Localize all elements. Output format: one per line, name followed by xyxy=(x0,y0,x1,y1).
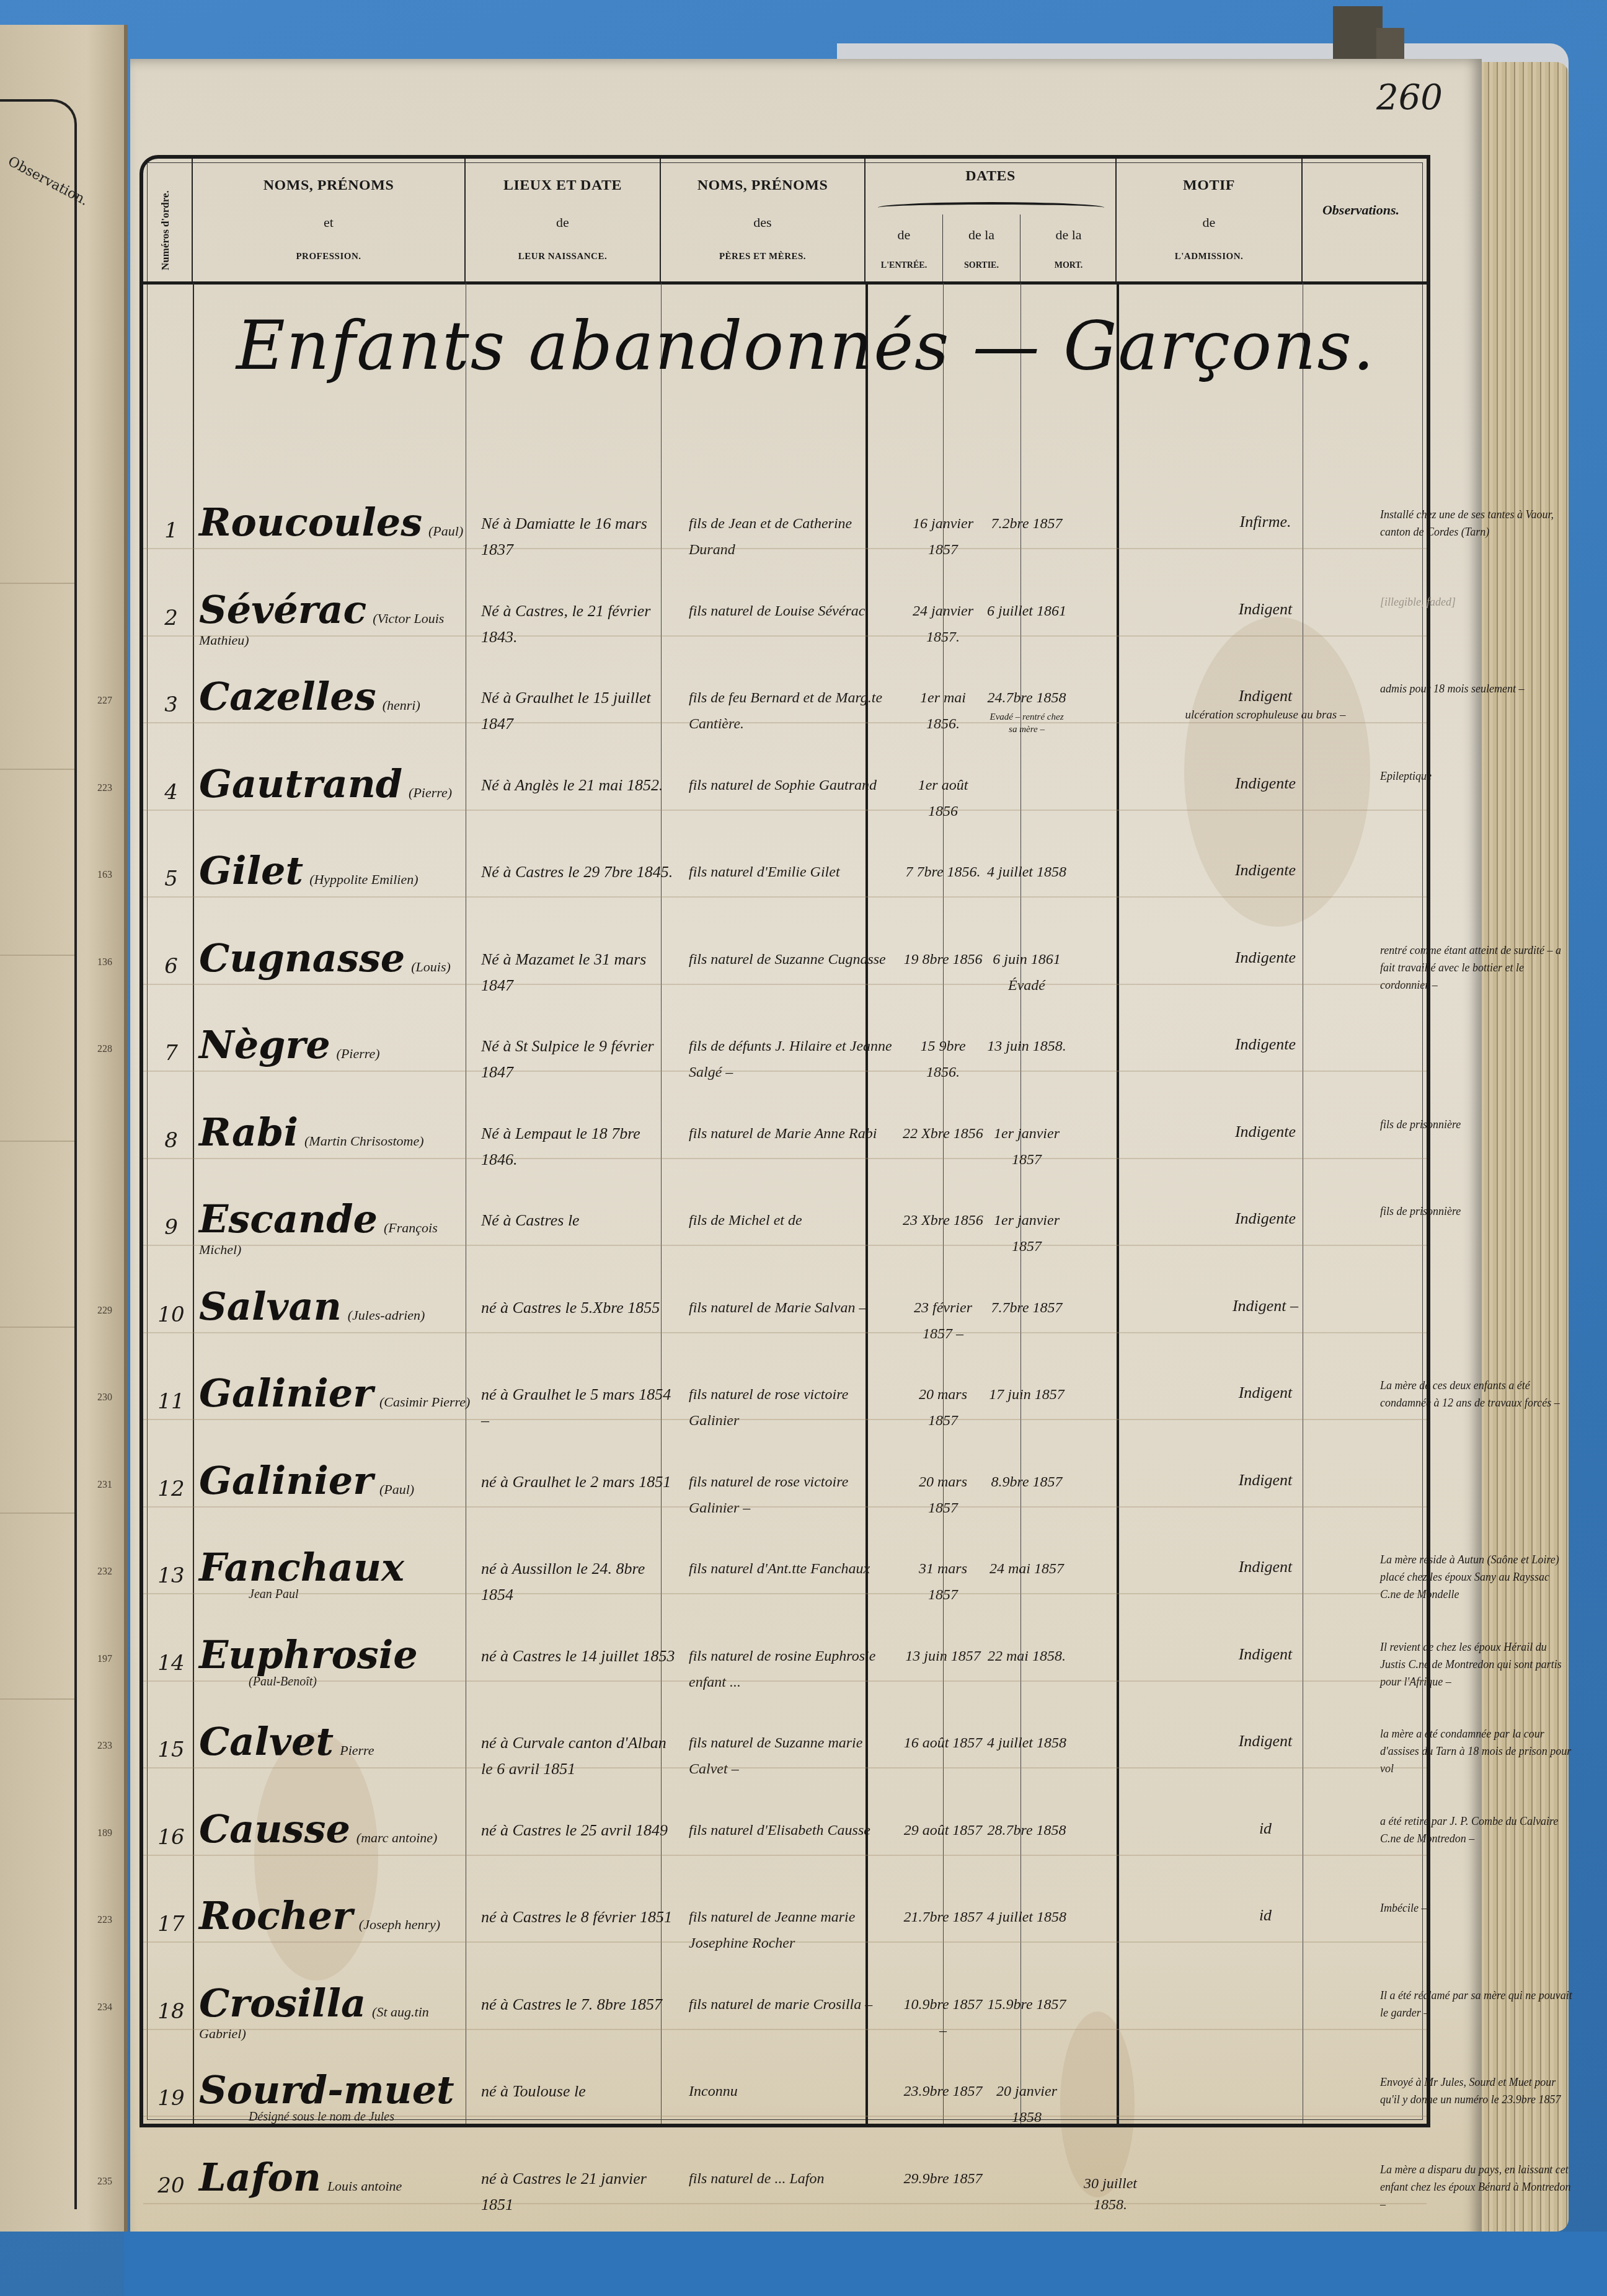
birth-place-date: Né à St Sulpice le 9 février 1847 xyxy=(481,1033,680,1085)
entry-number: 8 xyxy=(149,1128,193,1153)
register-entry-1: 1 Roucoules(Paul) Né à Damiatte le 16 ma… xyxy=(143,493,1427,580)
admission-motive: id xyxy=(1160,1904,1371,1927)
admission-motive: Indigente xyxy=(1160,947,1371,969)
header-observations: Observations. xyxy=(1303,159,1419,283)
entry-number: 11 xyxy=(149,1389,193,1414)
margin-reference: 229 xyxy=(75,1305,112,1317)
birth-place-date: Né à Mazamet le 31 mars 1847 xyxy=(481,947,680,999)
ruled-line xyxy=(143,1071,1427,1072)
surname: Causse xyxy=(199,1806,350,1852)
admission-motive: Indigent xyxy=(1160,1556,1371,1578)
entry-number: 17 xyxy=(149,1912,193,1936)
header-label: PÈRES ET MÈRES. xyxy=(661,252,864,262)
birth-place-date: Né à Castres, le 21 février 1843. xyxy=(481,598,680,650)
entry-number: 7 xyxy=(149,1041,193,1066)
register-entry-5: 163 5 Gilet(Hyppolite Emilien) Né à Cast… xyxy=(143,842,1427,929)
ruled-line xyxy=(0,955,74,956)
parents: fils naturel d'Ant.tte Fanchaux xyxy=(689,1556,893,1582)
parents: fils naturel de rosine Euphrosie enfant … xyxy=(689,1643,893,1695)
parents: fils naturel de marie Crosilla – xyxy=(689,1992,893,2018)
register-entry-8: 8 Rabi(Martin Chrisostome) Né à Lempaut … xyxy=(143,1103,1427,1190)
given-names: (Pierre) xyxy=(409,785,452,800)
observations: Imbécile – xyxy=(1380,1899,1572,1917)
header-sub-death: de la MORT. xyxy=(1020,214,1117,283)
ruled-line xyxy=(143,1855,1427,1856)
header-label: de xyxy=(1117,214,1301,231)
ruled-line xyxy=(143,1419,1427,1420)
entry-number: 6 xyxy=(149,954,193,979)
exit-date-text: 4 juillet 1858 xyxy=(987,1735,1066,1751)
motive-text: Indigente xyxy=(1235,1035,1296,1053)
observations: a été retiré par J. P. Combe du Calvaire… xyxy=(1380,1813,1572,1847)
page-number: 260 xyxy=(1376,77,1443,118)
header-label: DATES xyxy=(865,168,1115,185)
entry-number: 13 xyxy=(149,1563,193,1588)
observations: La mère de ces deux enfants a été condam… xyxy=(1380,1377,1572,1411)
header-birth: LIEUX ET DATE de LEUR NAISSANCE. xyxy=(466,159,661,283)
section-title: Enfants abandonnés — Garçons. xyxy=(236,307,1375,385)
header-label: NOMS, PRÉNOMS xyxy=(661,177,864,194)
given-names: (Casimir Pierre) xyxy=(379,1394,470,1410)
given-names: Pierre xyxy=(340,1742,374,1758)
parents: fils de feu Bernard et de Marg.te Cantiè… xyxy=(689,685,893,737)
given-names: (Paul) xyxy=(379,1481,414,1497)
ruled-line xyxy=(143,2116,1427,2117)
admission-motive: id xyxy=(1160,1817,1371,1840)
entry-number: 12 xyxy=(149,1477,193,1501)
parents: fils naturel de Sophie Gautrand xyxy=(689,772,893,798)
observations: la mère a été condamnée par la cour d'as… xyxy=(1380,1725,1572,1777)
exit-date-text: 1er janvier 1857 xyxy=(994,1212,1060,1255)
register-entry-15: 233 15 CalvetPierre né à Curvale canton … xyxy=(143,1713,1427,1799)
exit-date: 1er janvier 1857 xyxy=(986,1121,1067,1173)
header-label: MOTIF xyxy=(1117,177,1301,194)
entry-number: 1 xyxy=(149,518,193,543)
motive-text: Indigent xyxy=(1239,600,1293,618)
surname: Escande xyxy=(199,1196,378,1242)
admission-motive: Indigent xyxy=(1160,598,1371,620)
ruled-line xyxy=(143,2203,1427,2204)
ruled-line xyxy=(143,984,1427,985)
header-dates: DATES de L'ENTRÉE. de la SORTIE. de la M… xyxy=(865,159,1117,283)
child-name: Cugnasse(Louis) xyxy=(199,935,472,978)
header-label: MORT. xyxy=(1020,261,1117,271)
ruled-line xyxy=(143,2029,1427,2030)
exit-date-text: 13 juin 1858. xyxy=(987,1038,1066,1054)
register-table: Numéros d'ordre. NOMS, PRÉNOMS et PROFES… xyxy=(139,155,1430,2127)
observations: Il a été réclamé par sa mère qui ne pouv… xyxy=(1380,1987,1572,2021)
left-page-frame xyxy=(0,99,77,2209)
parents: fils naturel de rose victoire Galinier – xyxy=(689,1469,893,1521)
parents: fils naturel de Marie Salvan – xyxy=(689,1295,893,1321)
entry-date: 16 janvier 1857 xyxy=(903,511,983,563)
entry-date: 31 mars 1857 xyxy=(903,1556,983,1608)
exit-date: 7.2bre 1857 xyxy=(986,511,1067,537)
admission-motive: Indigent xyxy=(1160,1643,1371,1666)
exit-date: 24.7bre 1858 Evadé – rentré chez sa mère… xyxy=(986,685,1067,736)
margin-reference: 235 xyxy=(75,2176,112,2188)
birth-place-date: né à Castres le 21 janvier 1851 xyxy=(481,2166,680,2218)
surname: Rabi xyxy=(199,1110,298,1155)
motive-text: Indigent xyxy=(1239,687,1293,705)
given-names: (Paul) xyxy=(428,523,463,539)
given-names: (marc antoine) xyxy=(356,1830,438,1845)
motive-text: id xyxy=(1259,1819,1272,1837)
header-motif: MOTIF de L'ADMISSION. xyxy=(1117,159,1303,283)
ruled-line xyxy=(143,1332,1427,1333)
observations: admis pour 18 mois seulement – xyxy=(1380,680,1572,697)
margin-reference: 197 xyxy=(75,1654,112,1665)
exit-date: 13 juin 1858. xyxy=(986,1033,1067,1059)
child-name: Gautrand(Pierre) xyxy=(199,761,472,804)
entry-number: 16 xyxy=(149,1825,193,1850)
observations: fils de prisonnière xyxy=(1380,1203,1572,1220)
parents: Inconnu xyxy=(689,2078,893,2104)
ruled-line xyxy=(143,548,1427,549)
child-name: Rocher(Joseph henry) xyxy=(199,1893,472,1936)
entry-number: 10 xyxy=(149,1302,193,1327)
register-entry-2: 2 Sévérac(Victor Louis Mathieu) Né à Cas… xyxy=(143,581,1427,668)
entry-number: 20 xyxy=(149,2173,193,2198)
entry-number: 3 xyxy=(149,692,193,717)
ruled-line xyxy=(143,896,1427,898)
margin-reference: 232 xyxy=(75,1566,112,1578)
exit-date-text: 22 mai 1858. xyxy=(988,1648,1066,1664)
admission-motive: Indigent xyxy=(1160,1382,1371,1404)
motive-text: Infirme. xyxy=(1239,513,1291,531)
header-label: de xyxy=(466,214,660,231)
ruled-line xyxy=(143,635,1427,637)
birth-place-date: né à Castres le 5.Xbre 1855 xyxy=(481,1295,680,1321)
parents: fils naturel d'Emilie Gilet xyxy=(689,859,893,885)
entry-number: 9 xyxy=(149,1215,193,1240)
exit-date: 7.7bre 1857 xyxy=(986,1295,1067,1321)
surname: Cugnasse xyxy=(199,935,405,981)
surname: Calvet xyxy=(199,1719,334,1764)
surname: Nègre xyxy=(199,1022,330,1067)
entry-date: 23 Xbre 1856 xyxy=(903,1208,983,1234)
birth-place-date: né à Graulhet le 2 mars 1851 xyxy=(481,1469,680,1495)
header-names: NOMS, PRÉNOMS et PROFESSION. xyxy=(193,159,466,283)
entry-date: 1er août 1856 xyxy=(903,772,983,824)
motive-text: Indigente xyxy=(1235,948,1296,966)
header-parents: NOMS, PRÉNOMS des PÈRES ET MÈRES. xyxy=(661,159,865,283)
margin-reference: 230 xyxy=(75,1392,112,1403)
header-label: des xyxy=(661,214,864,231)
ruled-line xyxy=(0,1327,74,1328)
ruled-line xyxy=(143,810,1427,811)
entry-date: 1er mai 1856. xyxy=(903,685,983,737)
entry-date: 29.9bre 1857 xyxy=(903,2166,983,2192)
parents: fils naturel de ... Lafon xyxy=(689,2166,893,2192)
header-label: PROFESSION. xyxy=(193,252,464,262)
motive-extra: ulcération scrophuleuse au bras – xyxy=(1160,707,1371,723)
entry-date: 16 août 1857 xyxy=(903,1730,983,1756)
ruled-line xyxy=(143,1767,1427,1768)
birth-place-date: Né à Lempaut le 18 7bre 1846. xyxy=(481,1121,680,1173)
ruled-line xyxy=(143,1593,1427,1594)
entry-number: 15 xyxy=(149,1737,193,1762)
surname: Sévérac xyxy=(199,587,366,632)
exit-date: 6 juin 1861 Évadé xyxy=(986,947,1067,999)
child-name: Sévérac(Victor Louis Mathieu) xyxy=(199,587,472,646)
birth-place-date: né à Aussillon le 24. 8bre 1854 xyxy=(481,1556,680,1608)
surname: Galinier xyxy=(199,1371,373,1416)
ruled-line xyxy=(143,1680,1427,1682)
entry-date: 10.9bre 1857 – xyxy=(903,1992,983,2044)
exit-date-text: 17 juin 1857 xyxy=(989,1387,1064,1403)
ruled-line xyxy=(143,722,1427,723)
header-label: NOMS, PRÉNOMS xyxy=(193,177,464,194)
child-name: Escande(François Michel) xyxy=(199,1196,472,1255)
observations: Envoyé à Mr Jules, Sourd et Muet pour qu… xyxy=(1380,2073,1572,2108)
margin-reference: 227 xyxy=(75,695,112,707)
surname: Roucoules xyxy=(199,500,422,545)
header-sub-exit: de la SORTIE. xyxy=(943,214,1020,283)
child-name: Galinier(Paul) xyxy=(199,1458,472,1501)
given-names: (Martin Chrisostome) xyxy=(304,1133,424,1149)
entry-date: 13 juin 1857 xyxy=(903,1643,983,1669)
parents: fils naturel de Suzanne marie Calvet – xyxy=(689,1730,893,1782)
entry-number: 14 xyxy=(149,1651,193,1676)
motive-text: Indigent – xyxy=(1233,1297,1298,1315)
entry-number: 2 xyxy=(149,606,193,630)
birth-place-date: né à Curvale canton d'Alban le 6 avril 1… xyxy=(481,1730,680,1782)
header-label: LIEUX ET DATE xyxy=(466,177,660,194)
exit-date-text: 24 mai 1857 xyxy=(989,1561,1064,1577)
birth-place-date: né à Castres le 14 juillet 1853 xyxy=(481,1643,680,1669)
birth-place-date: Né à Damiatte le 16 mars 1837 xyxy=(481,511,680,563)
motive-text: Indigente xyxy=(1235,861,1296,879)
exit-date-text: 6 juillet 1861 xyxy=(987,603,1066,619)
admission-motive: Indigent ulcération scrophuleuse au bras… xyxy=(1160,685,1371,723)
margin-reference: 223 xyxy=(75,783,112,794)
exit-date: 17 juin 1857 xyxy=(986,1382,1067,1408)
motive-text: Indigente xyxy=(1235,1209,1296,1227)
surname: Sourd-muet xyxy=(199,2067,454,2113)
entry-number: 19 xyxy=(149,2086,193,2111)
observations: fils de prisonnière xyxy=(1380,1116,1572,1133)
left-facing-page: Observation. xyxy=(0,25,128,2232)
observations: La mère a disparu du pays, en laissant c… xyxy=(1380,2161,1572,2213)
margin-reference: 136 xyxy=(75,957,112,968)
admission-motive: Indigent xyxy=(1160,1469,1371,1491)
parents: fils naturel de rose victoire Galinier xyxy=(689,1382,893,1434)
parents: fils naturel de Jeanne marie Josephine R… xyxy=(689,1904,893,1956)
motive-text: Indigent xyxy=(1239,1732,1293,1750)
entry-date: 7 7bre 1856. xyxy=(903,859,983,885)
child-name: Rabi(Martin Chrisostome) xyxy=(199,1110,472,1152)
header-label: Observations. xyxy=(1303,202,1419,218)
exit-date: 4 juillet 1858 xyxy=(986,1904,1067,1930)
child-name: Causse(marc antoine) xyxy=(199,1806,472,1849)
margin-reference: 228 xyxy=(75,1044,112,1055)
birth-place-date: né à Castres le 7. 8bre 1857 xyxy=(481,1992,680,2018)
surname: Cazelles xyxy=(199,674,376,719)
margin-reference: 234 xyxy=(75,2002,112,2013)
exit-date: 15.9bre 1857 xyxy=(986,1992,1067,2018)
exit-date: 24 mai 1857 xyxy=(986,1556,1067,1582)
register-entry-17: 223 17 Rocher(Joseph henry) né à Castres… xyxy=(143,1887,1427,1974)
header-label: SORTIE. xyxy=(943,261,1020,271)
header-label: L'ENTRÉE. xyxy=(865,261,942,271)
child-name: Crosilla(St aug.tin Gabriel) xyxy=(199,1980,472,2039)
exit-date-text: 20 janvier 1858 xyxy=(996,2083,1057,2126)
exit-date-text: 8.9bre 1857 xyxy=(991,1474,1062,1490)
exit-date: 28.7bre 1858 xyxy=(986,1817,1067,1843)
exit-date: 8.9bre 1857 xyxy=(986,1469,1067,1495)
ruled-line xyxy=(0,1512,74,1514)
blue-cloth-bottom xyxy=(124,2232,1607,2296)
register-entry-12: 231 12 Galinier(Paul) né à Graulhet le 2… xyxy=(143,1452,1427,1539)
admission-motive: Indigent – xyxy=(1160,1295,1371,1317)
register-entry-6: 136 6 Cugnasse(Louis) Né à Mazamet le 31… xyxy=(143,929,1427,1016)
ruled-line xyxy=(143,1506,1427,1508)
entry-date: 22 Xbre 1856 xyxy=(903,1121,983,1147)
register-entry-4: 223 4 Gautrand(Pierre) Né à Anglès le 21… xyxy=(143,755,1427,842)
exit-date: 4 juillet 1858 xyxy=(986,859,1067,885)
death-date: 30 juillet 1858. xyxy=(1070,2173,1151,2215)
ruled-line xyxy=(0,769,74,770)
dates-brace xyxy=(878,202,1104,213)
child-name: CalvetPierre xyxy=(199,1719,472,1762)
header-label: de xyxy=(865,227,942,243)
motive-text: Indigente xyxy=(1235,774,1296,792)
surname: Gautrand xyxy=(199,761,402,806)
exit-date: 20 janvier 1858 xyxy=(986,2078,1067,2130)
observations: Installé chez une de ses tantes à Vaour,… xyxy=(1380,506,1572,541)
register-entry-3: 227 3 Cazelles(henri) Né à Graulhet le 1… xyxy=(143,668,1427,754)
entry-number: 18 xyxy=(149,1999,193,2024)
given-names: (Pierre) xyxy=(337,1046,380,1061)
exit-date-text: 28.7bre 1858 xyxy=(987,1822,1066,1839)
birth-place-date: Né à Anglès le 21 mai 1852. xyxy=(481,772,680,798)
exit-date-text: 4 juillet 1858 xyxy=(987,864,1066,880)
margin-reference: 223 xyxy=(75,1915,112,1926)
exit-date-text: 1er janvier 1857 xyxy=(994,1126,1060,1168)
exit-date: 6 juillet 1861 xyxy=(986,598,1067,624)
exit-date-text: 24.7bre 1858 xyxy=(987,690,1066,706)
exit-date-text: 7.2bre 1857 xyxy=(991,516,1062,532)
admission-motive: Infirme. xyxy=(1160,511,1371,533)
observations: La mère réside à Autun (Saône et Loire) … xyxy=(1380,1551,1572,1603)
register-entry-9: 9 Escande(François Michel) Né à Castres … xyxy=(143,1190,1427,1277)
observations: rentré comme étant atteint de surdité – … xyxy=(1380,942,1572,994)
surname: Euphrosie xyxy=(199,1632,418,1677)
margin-reference: 163 xyxy=(75,870,112,881)
birth-place-date: né à Castres le 25 avril 1849 xyxy=(481,1817,680,1843)
surname: Crosilla xyxy=(199,1980,366,2026)
surname: Galinier xyxy=(199,1458,373,1503)
given-names: (henri) xyxy=(383,697,420,713)
entry-date: 21.7bre 1857 xyxy=(903,1904,983,1930)
parents: fils naturel d'Elisabeth Causse xyxy=(689,1817,893,1843)
surname: Rocher xyxy=(199,1893,353,1938)
exit-note: Evadé – rentré chez sa mère – xyxy=(986,711,1067,736)
surname: Salvan xyxy=(199,1284,342,1329)
motive-text: Indigent xyxy=(1239,1645,1293,1663)
header-rule xyxy=(143,281,1427,285)
given-names: (Joseph henry) xyxy=(359,1917,440,1932)
exit-date-text: 4 juillet 1858 xyxy=(987,1909,1066,1925)
ruled-line xyxy=(143,1941,1427,1943)
parents: fils naturel de Suzanne Cugnasse xyxy=(689,947,893,973)
given-names: (Louis) xyxy=(411,959,451,974)
header-label: et xyxy=(193,214,464,231)
register-entry-14: 197 14 Euphrosie (Paul-Benoît) né à Cast… xyxy=(143,1626,1427,1713)
ruled-line xyxy=(0,583,74,584)
birth-place-date: né à Toulouse le xyxy=(481,2078,680,2104)
child-name: Nègre(Pierre) xyxy=(199,1022,472,1065)
admission-motive: Indigente xyxy=(1160,1033,1371,1056)
header-label: de la xyxy=(1020,227,1117,243)
birth-place-date: Né à Castres le 29 7bre 1845. xyxy=(481,859,680,885)
motive-text: Indigente xyxy=(1235,1123,1296,1141)
register-entry-20: 235 20 LafonLouis antoine né à Castres l… xyxy=(143,2148,1427,2235)
ruled-line xyxy=(143,1245,1427,1246)
ruled-line xyxy=(0,1698,74,1700)
header-label: LEUR NAISSANCE. xyxy=(466,252,660,262)
admission-motive: Indigente xyxy=(1160,1208,1371,1230)
surname: Fanchaux xyxy=(199,1545,404,1590)
child-name: LafonLouis antoine xyxy=(199,2155,472,2197)
parents: fils naturel de Marie Anne Rabi xyxy=(689,1121,893,1147)
entry-date: 24 janvier 1857. xyxy=(903,598,983,650)
header-label: L'ADMISSION. xyxy=(1117,252,1301,262)
child-name: Cazelles(henri) xyxy=(199,674,472,717)
header-numero-label: Numéros d'ordre. xyxy=(159,190,172,270)
exit-date: 4 juillet 1858 xyxy=(986,1730,1067,1756)
child-name: Gilet(Hyppolite Emilien) xyxy=(199,848,472,891)
motive-text: Indigent xyxy=(1239,1558,1293,1576)
motive-text: id xyxy=(1259,1906,1272,1924)
admission-motive: Indigent xyxy=(1160,1730,1371,1752)
entry-date: 20 mars 1857 xyxy=(903,1469,983,1521)
exit-date: 1er janvier 1857 xyxy=(986,1208,1067,1260)
exit-date-text: 15.9bre 1857 xyxy=(987,1997,1066,2013)
birth-place-date: né à Graulhet le 5 mars 1854 – xyxy=(481,1382,680,1434)
parents: fils naturel de Louise Sévérac xyxy=(689,598,893,624)
child-name: Roucoules(Paul) xyxy=(199,500,472,542)
header-label: de la xyxy=(943,227,1020,243)
margin-reference: 233 xyxy=(75,1741,112,1752)
motive-text: Indigent xyxy=(1239,1384,1293,1402)
entry-number: 5 xyxy=(149,867,193,891)
register-entry-7: 228 7 Nègre(Pierre) Né à St Sulpice le 9… xyxy=(143,1016,1427,1103)
child-name: Salvan(Jules-adrien) xyxy=(199,1284,472,1327)
entry-date: 29 août 1857 xyxy=(903,1817,983,1843)
register-entry-16: 189 16 Causse(marc antoine) né à Castres… xyxy=(143,1800,1427,1887)
motive-text: Indigent xyxy=(1239,1471,1293,1489)
observations: [illegible, faded] xyxy=(1380,593,1572,611)
surname: Gilet xyxy=(199,848,303,893)
margin-reference: 231 xyxy=(75,1480,112,1491)
register-rows: 1 Roucoules(Paul) Né à Damiatte le 16 ma… xyxy=(143,493,1427,2124)
birth-place-date: né à Castres le 8 février 1851 xyxy=(481,1904,680,1930)
given-names: (Hyppolite Emilien) xyxy=(309,872,418,887)
birth-place-date: Né à Graulhet le 15 juillet 1847 xyxy=(481,685,680,737)
entry-date: 23 février 1857 – xyxy=(903,1295,983,1347)
birth-place-date: Né à Castres le xyxy=(481,1208,680,1234)
exit-date: 22 mai 1858. xyxy=(986,1643,1067,1669)
register-entry-13: 232 13 Fanchaux Jean Paul né à Aussillon… xyxy=(143,1539,1427,1625)
given-names: Louis antoine xyxy=(327,2178,402,2194)
child-name: Galinier(Casimir Pierre) xyxy=(199,1371,472,1413)
entry-date: 15 9bre 1856. xyxy=(903,1033,983,1085)
register-entry-19: 19 Sourd-muet Désigné sous le nom de Jul… xyxy=(143,2061,1427,2148)
parents: fils de Jean et de Catherine Durand xyxy=(689,511,893,563)
register-entry-10: 229 10 Salvan(Jules-adrien) né à Castres… xyxy=(143,1278,1427,1364)
